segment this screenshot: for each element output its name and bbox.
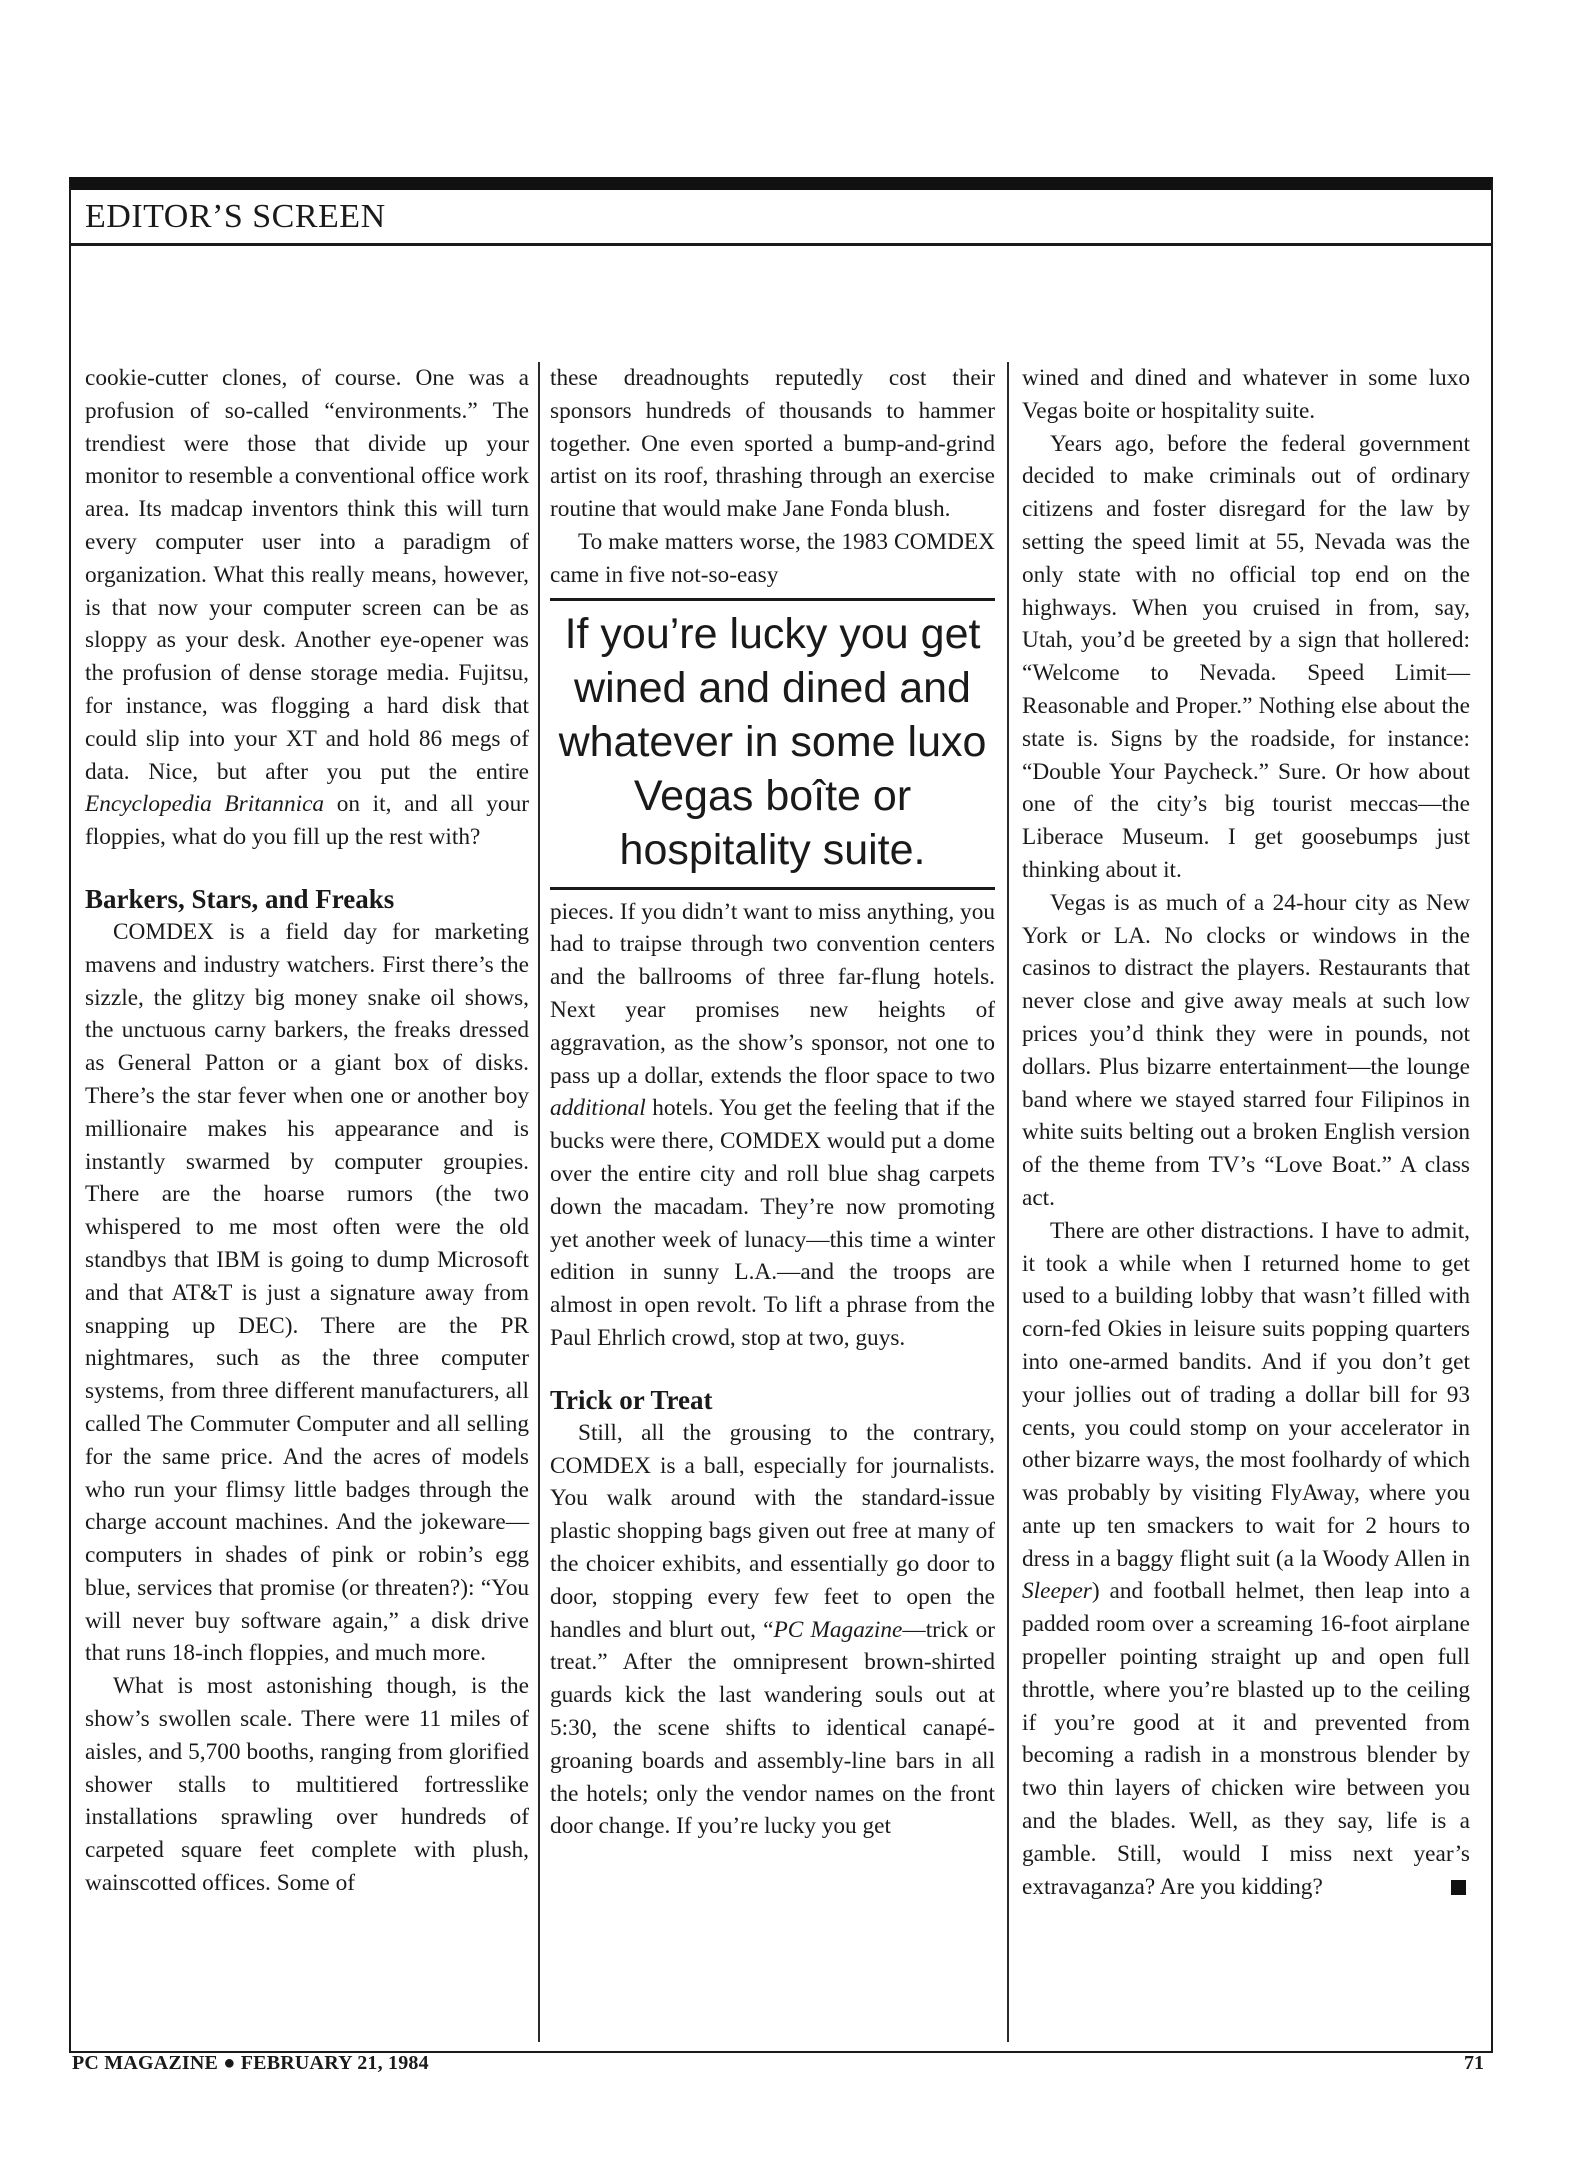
- article-frame: EDITOR’S SCREEN cookie-cutter clones, of…: [69, 177, 1493, 2053]
- paragraph: There are other distractions. I have to …: [1022, 1215, 1470, 1904]
- paragraph: pieces. If you didn’t want to miss anyth…: [550, 896, 995, 1355]
- publication-footer: PC MAGAZINE ● FEBRUARY 21, 1984: [72, 2052, 429, 2075]
- italic-title: Sleeper: [1022, 1578, 1092, 1604]
- subheading: Barkers, Stars, and Freaks: [85, 882, 529, 916]
- paragraph: Years ago, before the federal government…: [1022, 428, 1470, 887]
- section-title: EDITOR’S SCREEN: [85, 198, 386, 236]
- paragraph: COMDEX is a field day for marketing mave…: [85, 916, 529, 1670]
- paragraph: cookie-cutter clones, of course. One was…: [85, 362, 529, 854]
- italic-title: PC Magazine: [774, 1617, 903, 1643]
- paragraph: wined and dined and whatever in some lux…: [1022, 362, 1470, 428]
- paragraph: Still, all the grousing to the contrary,…: [550, 1417, 995, 1843]
- paragraph: Vegas is as much of a 24-hour city as Ne…: [1022, 887, 1470, 1215]
- paragraph: To make matters worse, the 1983 COMDEX c…: [550, 526, 995, 592]
- article-column-1: cookie-cutter clones, of course. One was…: [85, 362, 529, 1900]
- paragraph: these dreadnoughts reputedly cost their …: [550, 362, 995, 526]
- end-of-article-square-icon: [1451, 1880, 1466, 1895]
- pull-quote: If you’re lucky you get wined and dined …: [550, 598, 995, 890]
- article-column-2: these dreadnoughts reputedly cost their …: [550, 362, 995, 1843]
- column-divider: [538, 362, 540, 2042]
- paragraph: What is most astonishing though, is the …: [85, 1670, 529, 1900]
- article-column-3: wined and dined and whatever in some lux…: [1022, 362, 1470, 1903]
- italic-title: Encyclopedia Britannica: [85, 791, 324, 817]
- subheading: Trick or Treat: [550, 1383, 995, 1417]
- section-header: EDITOR’S SCREEN: [71, 190, 1491, 246]
- italic-emphasis: additional: [550, 1095, 646, 1121]
- column-divider: [1007, 362, 1009, 2042]
- page-number: 71: [1464, 2052, 1484, 2075]
